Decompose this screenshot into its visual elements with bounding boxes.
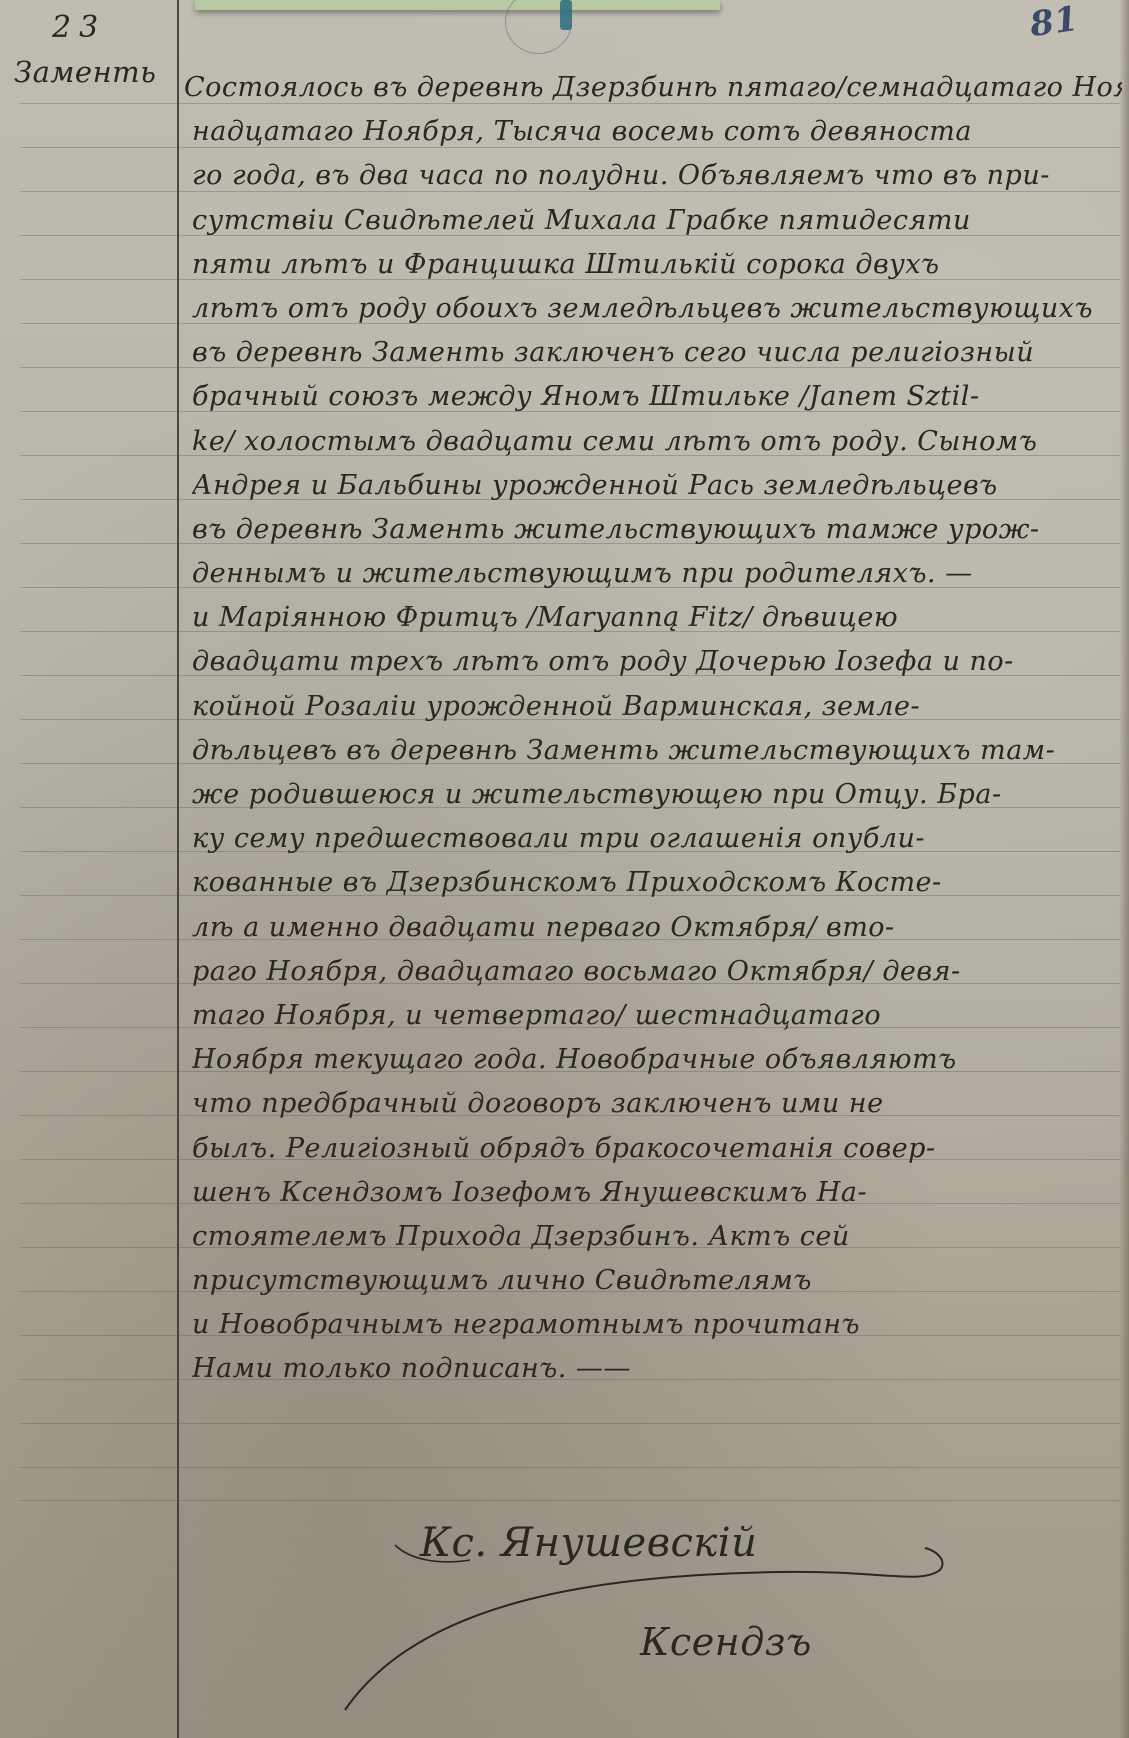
record-line: ke/ холостымъ двадцати семи лѣтъ отъ род… [192, 420, 1122, 464]
record-line: раго Ноября, двадцатаго восьмаго Октября… [192, 950, 1122, 994]
record-line: надцатаго Ноября, Тысяча восемь сотъ дев… [192, 110, 1122, 154]
record-line: Состоялось въ деревнѣ Дзерзбинѣ пятаго/с… [184, 66, 1122, 110]
record-line: и Новобрачнымъ неграмотнымъ прочитанъ [192, 1303, 1122, 1347]
record-line: былъ. Религіозный обрядъ бракосочетанія … [192, 1127, 1122, 1171]
record-line: дѣльцевъ въ деревнѣ Заменть жительствующ… [192, 729, 1122, 773]
record-line: го года, въ два часа по полудни. Объявля… [192, 154, 1122, 198]
green-paper-tab [195, 0, 720, 10]
record-line: кованные въ Дзерзбинскомъ Приходскомъ Ко… [192, 861, 1122, 905]
record-line: двадцати трехъ лѣтъ отъ роду Дочерью Іоз… [192, 640, 1122, 684]
record-line: лѣтъ отъ роду обоихъ земледѣльцевъ жител… [192, 287, 1122, 331]
record-line: въ деревнѣ Заменть жительствующихъ тамже… [192, 508, 1122, 552]
page-edge-shadow [1119, 0, 1129, 1738]
record-line: въ деревнѣ Заменть заключенъ сего числа … [192, 331, 1122, 375]
margin-village-name: Заменть [14, 55, 176, 89]
record-line: Нами только подписанъ. —— [192, 1347, 1122, 1391]
record-line: лѣ а именно двадцати перваго Октября/ вт… [192, 906, 1122, 950]
record-line: таго Ноября, и четвертаго/ шестнадцатаго [192, 994, 1122, 1038]
record-line: же родившеюся и жительствующею при Отцу.… [192, 773, 1122, 817]
record-line: сутствіи Свидѣтелей Михала Грабке пятиде… [192, 199, 1122, 243]
ledger-page: 23 Заменть 81 Состоялось въ деревнѣ Дзер… [0, 0, 1129, 1738]
record-line: пяти лѣтъ и Францишка Штилькій сорока дв… [192, 243, 1122, 287]
record-line: и Маріянною Фритцъ /Maryanną Fitz/ дѣвиц… [192, 596, 1122, 640]
record-line: присутствующимъ лично Свидѣтелямъ [192, 1259, 1122, 1303]
stamp-ink-mark [560, 0, 572, 30]
record-line: Ноября текущаго года. Новобрачные объявл… [192, 1038, 1122, 1082]
margin-rule [177, 0, 179, 1738]
record-line: шенъ Ксендзомъ Іозефомъ Янушевскимъ На- [192, 1171, 1122, 1215]
record-line: ку сему предшествовали три оглашенія опу… [192, 817, 1122, 861]
record-line: деннымъ и жительствующимъ при родителяхъ… [192, 552, 1122, 596]
priest-signature: Кс. Янушевскій [420, 1520, 757, 1566]
signature-initials: Ксендзъ [640, 1620, 812, 1664]
record-line: что предбрачный договоръ заключенъ ими н… [192, 1082, 1122, 1126]
entry-number: 23 [52, 10, 106, 45]
record-body: Состоялось въ деревнѣ Дзерзбинѣ пятаго/с… [192, 66, 1122, 1392]
folio-number: 81 [1027, 0, 1080, 45]
record-line: Андрея и Бальбины урожденной Рась землед… [192, 464, 1122, 508]
record-line: стоятелемъ Прихода Дзерзбинъ. Актъ сей [192, 1215, 1122, 1259]
record-line: брачный союзъ между Яномъ Штильке /Janem… [192, 375, 1122, 419]
record-line: койной Розаліи урожденной Варминская, зе… [192, 685, 1122, 729]
